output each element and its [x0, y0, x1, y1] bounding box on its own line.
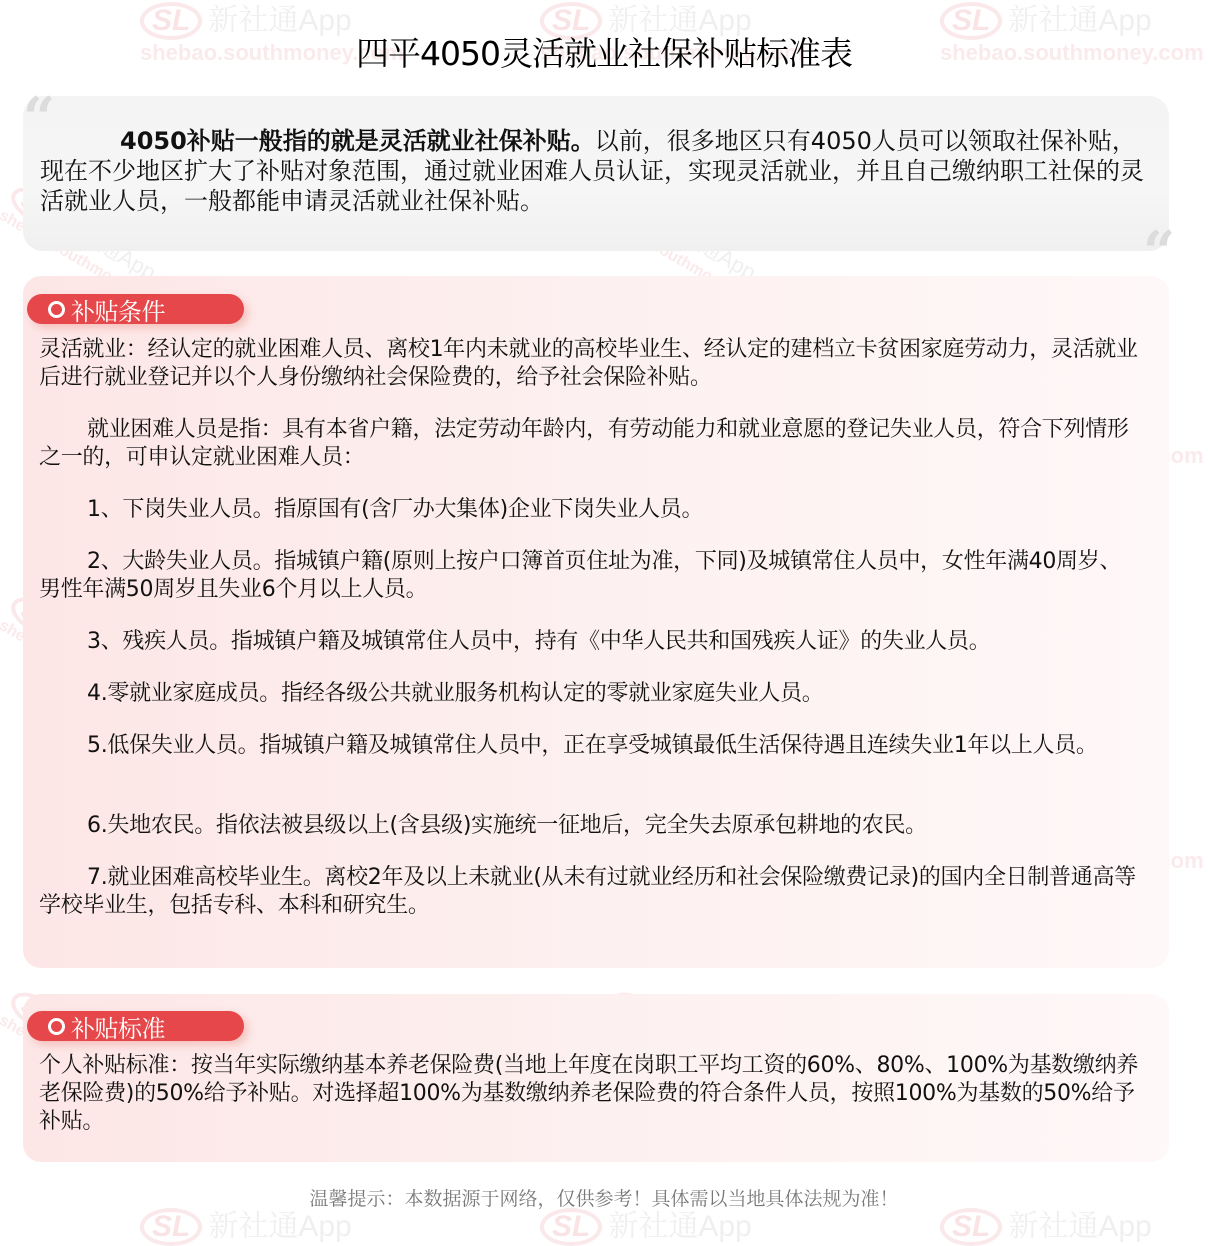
- list-item: 1、下岗失业人员。指原国有(含厂办大集体)企业下岗失业人员。: [39, 496, 1139, 524]
- ring-icon: [48, 1018, 65, 1035]
- list-item: 4.零就业家庭成员。指经各级公共就业服务机构认定的零就业家庭失业人员。: [39, 680, 1139, 708]
- list-item: 6.失地农民。指依法被县级以上(含县级)实施统一征地后，完全失去原承包耕地的农民…: [39, 812, 1139, 840]
- list-item: 3、残疾人员。指城镇户籍及城镇常住人员中，持有《中华人民共和国残疾人证》的失业人…: [39, 628, 1139, 656]
- section-subsidy-conditions: 补贴条件 灵活就业：经认定的就业困难人员、离校1年内未就业的高校毕业生、经认定的…: [23, 276, 1169, 968]
- watermark-logo-icon: SL: [140, 1208, 202, 1246]
- page-title: 四平4050灵活就业社保补贴标准表: [0, 28, 1208, 75]
- section-badge: 补贴标准: [27, 1011, 244, 1041]
- intro-bold-lead: 4050补贴一般指的就是灵活就业社保补贴。: [120, 127, 595, 155]
- paragraph: 就业困难人员是指：具有本省户籍，法定劳动年龄内，有劳动能力和就业意愿的登记失业人…: [39, 416, 1139, 472]
- footer-disclaimer: 温馨提示：本数据源于网络，仅供参考！具体需以当地具体法规为准！: [0, 1184, 1208, 1211]
- list-item: 2、大龄失业人员。指城镇户籍(原则上按户口簿首页住址为准，下同)及城镇常住人员中…: [39, 548, 1139, 604]
- section-subsidy-standard: 补贴标准 个人补贴标准：按当年实际缴纳基本养老保险费(当地上年度在岗职工平均工资…: [23, 994, 1169, 1162]
- section-title: 补贴标准: [71, 1009, 165, 1044]
- watermark-logo-icon: SL: [940, 1208, 1002, 1246]
- paragraph: 灵活就业：经认定的就业困难人员、离校1年内未就业的高校毕业生、经认定的建档立卡贫…: [39, 336, 1139, 392]
- watermark: SL新社通App: [540, 1208, 752, 1246]
- watermark-logo-icon: SL: [540, 1208, 602, 1246]
- watermark: SL新社通App: [940, 1208, 1152, 1246]
- intro-text: 4050补贴一般指的就是灵活就业社保补贴。以前，很多地区只有4050人员可以领取…: [40, 126, 1150, 216]
- section-badge: 补贴条件: [27, 294, 244, 324]
- close-quote-icon: “: [1143, 224, 1175, 280]
- paragraph: 个人补贴标准：按当年实际缴纳基本养老保险费(当地上年度在岗职工平均工资的60%、…: [39, 1052, 1139, 1136]
- section-title: 补贴条件: [71, 292, 165, 327]
- list-item: 7.就业困难高校毕业生。离校2年及以上未就业(从未有过就业经历和社会保险缴费记录…: [39, 864, 1139, 920]
- watermark: SL新社通App: [140, 1208, 352, 1246]
- list-item: 5.低保失业人员。指城镇户籍及城镇常住人员中，正在享受城镇最低生活保待遇且连续失…: [39, 732, 1139, 760]
- intro-quote-box: “ 4050补贴一般指的就是灵活就业社保补贴。以前，很多地区只有4050人员可以…: [23, 96, 1169, 251]
- ring-icon: [48, 301, 65, 318]
